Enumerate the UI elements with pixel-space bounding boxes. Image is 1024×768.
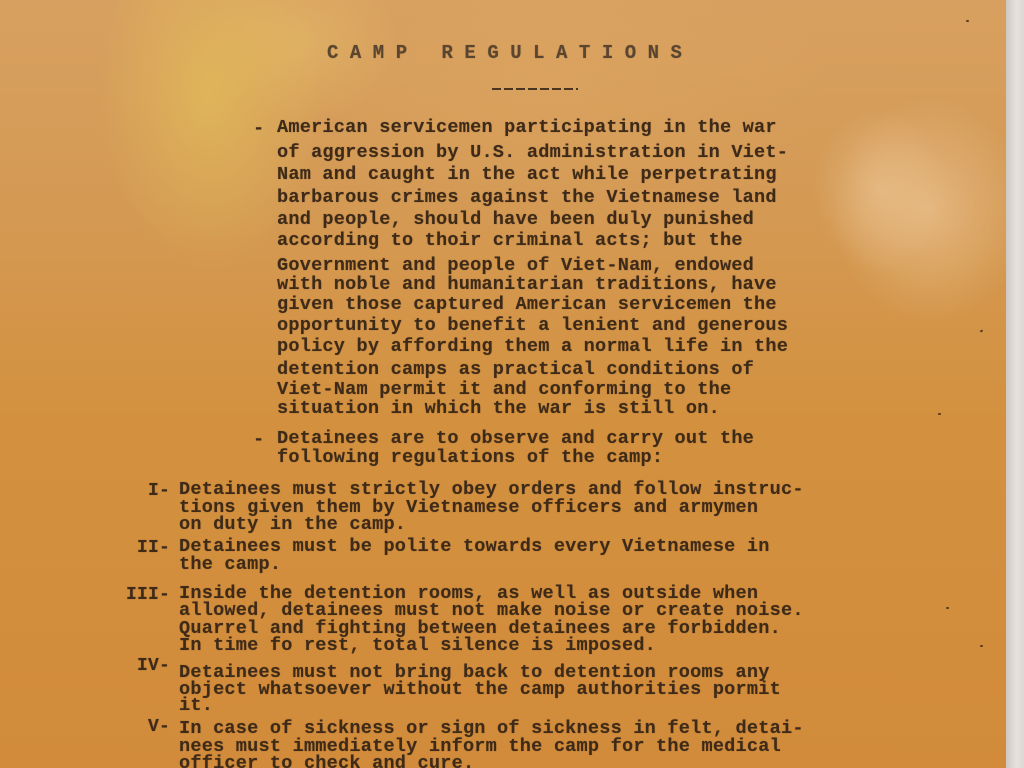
preamble-line: Nam and caught in the act while perpetra… (277, 165, 777, 185)
title-underline-rule (492, 88, 578, 90)
intro-bullet: - (253, 429, 264, 450)
preamble-line: and people, should have been duly punish… (277, 210, 754, 230)
intro-line: Detainees are to observe and carry out t… (277, 429, 754, 449)
regulation-line: object whatsoever without the camp autho… (179, 681, 781, 699)
typewritten-document-paper: CAMP REGULATIONS - American servicemen p… (0, 0, 1006, 768)
preamble-bullet: - (253, 118, 264, 139)
preamble-line: Government and people of Viet-Nam, endow… (277, 256, 754, 276)
preamble-line: situation in which the war is still on. (277, 399, 720, 419)
preamble-line: policy by affording them a normal life i… (277, 337, 788, 357)
paper-speck (980, 645, 983, 647)
background-wall-edge (1006, 0, 1024, 768)
regulation-line: the camp. (179, 556, 281, 574)
preamble-line: Viet-Nam permit it and conforming to the (277, 380, 731, 400)
regulation-numeral: V- (110, 717, 170, 737)
paper-speck (946, 607, 949, 609)
preamble-line: barbarous crimes against the Vietnamese … (277, 188, 777, 208)
regulation-numeral: II- (110, 538, 170, 558)
regulation-line: it. (179, 697, 213, 715)
preamble-line: opportunity to benefit a lenient and gen… (277, 316, 788, 336)
preamble-line: detention camps as practical conditions … (277, 360, 754, 380)
paper-speck (938, 413, 941, 415)
preamble-line: with noble and humanitarian traditions, … (277, 275, 777, 295)
intro-line: following regulations of the camp: (277, 448, 663, 468)
paper-speck (966, 20, 969, 22)
regulation-line: In time fo rest, total silence is impose… (179, 637, 656, 655)
preamble-line: given those captured American servicemen… (277, 295, 777, 315)
regulation-line: officer to check and cure. (179, 755, 474, 768)
regulation-numeral: I- (110, 481, 170, 501)
regulation-numeral: IV- (110, 656, 170, 676)
regulation-line: on duty in the camp. (179, 516, 406, 534)
document-title: CAMP REGULATIONS (327, 42, 693, 64)
paper-speck (980, 329, 984, 332)
preamble-line: according to thoir criminal acts; but th… (277, 231, 743, 251)
regulation-numeral: III- (110, 585, 170, 605)
preamble-line: of aggression by U.S. administration in … (277, 143, 788, 163)
preamble-line: American servicemen participating in the… (277, 118, 777, 138)
